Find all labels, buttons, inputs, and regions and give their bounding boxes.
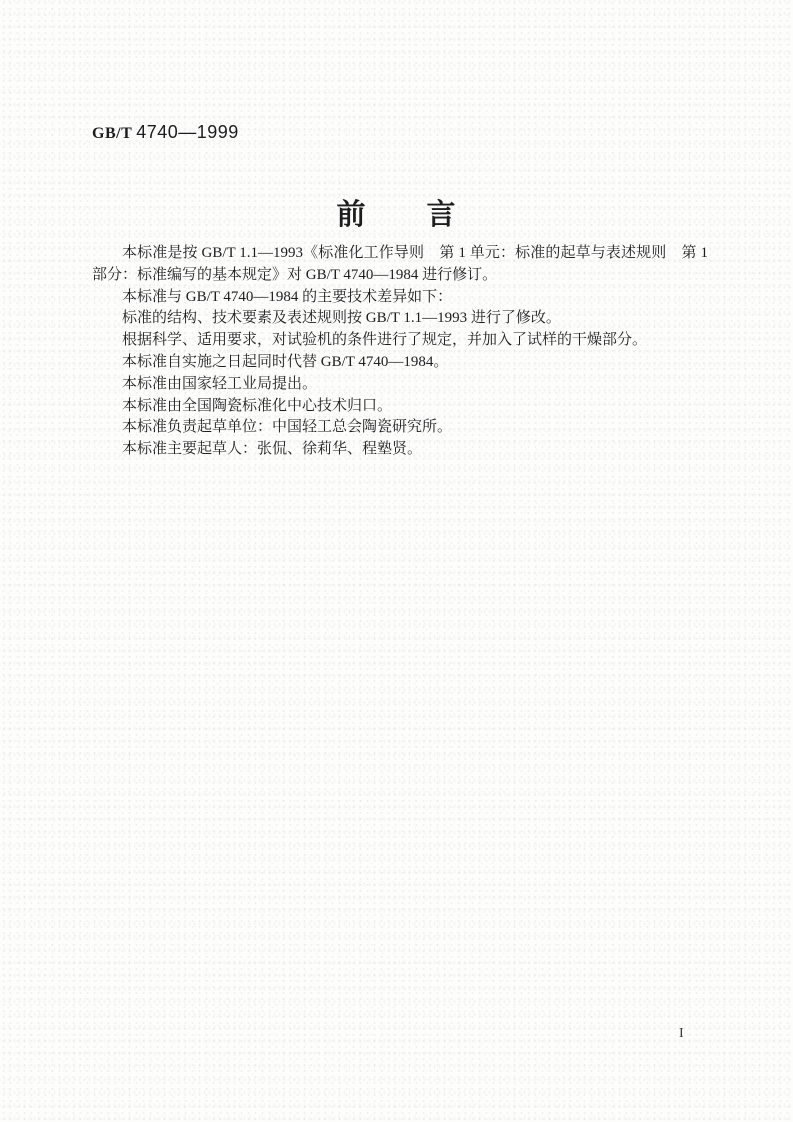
page-title: 前 言 [0, 192, 793, 233]
standard-code-prefix: GB/T [92, 125, 132, 142]
paragraph: 本标准负责起草单位：中国轻工总会陶瓷研究所。 [92, 417, 708, 439]
paragraph: 本标准自实施之日起同时代替 GB/T 4740—1984。 [92, 352, 708, 374]
page-number: I [679, 1026, 684, 1042]
paragraph: 本标准与 GB/T 4740—1984 的主要技术差异如下： [92, 287, 708, 309]
foreword-body: 本标准是按 GB/T 1.1—1993《标准化工作导则 第 1 单元：标准的起草… [92, 243, 708, 461]
paragraph: 本标准由国家轻工业局提出。 [92, 374, 708, 396]
standard-code-number: 4740—1999 [136, 122, 239, 142]
paragraph: 标准的结构、技术要素及表述规则按 GB/T 1.1—1993 进行了修改。 [92, 308, 708, 330]
paragraph: 根据科学、适用要求，对试验机的条件进行了规定，并加入了试样的干燥部分。 [92, 330, 708, 352]
document-page: GB/T 4740—1999 前 言 本标准是按 GB/T 1.1—1993《标… [0, 0, 793, 1122]
standard-code: GB/T 4740—1999 [92, 122, 239, 143]
paragraph: 本标准由全国陶瓷标准化中心技术归口。 [92, 396, 708, 418]
paragraph: 本标准是按 GB/T 1.1—1993《标准化工作导则 第 1 单元：标准的起草… [92, 243, 708, 287]
paragraph: 本标准主要起草人：张侃、徐莉华、程塾贤。 [92, 439, 708, 461]
